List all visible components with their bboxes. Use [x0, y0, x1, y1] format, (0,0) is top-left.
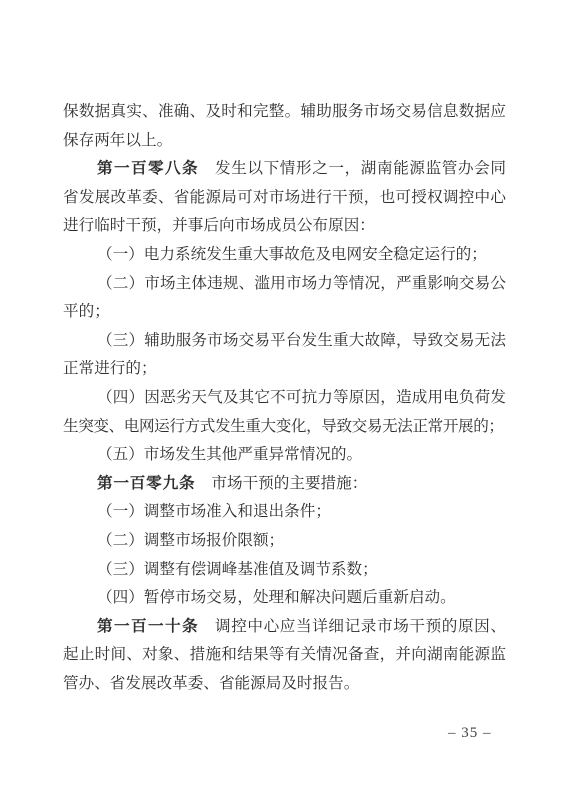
- line-text: （二）市场主体违规、滥用市场力等情况，严重影响交易公: [97, 275, 506, 292]
- text-line-article-109: 第一百零九条市场干预的主要措施：: [63, 470, 506, 499]
- text-line-article-110: 第一百一十条调控中心应当详细记录市场干预的原因、: [63, 613, 506, 642]
- text-line: 进行临时干预，并事后向市场成员公布原因：: [63, 212, 506, 241]
- text-line-measure-1: （一）调整市场准入和退出条件；: [63, 498, 506, 527]
- line-text: 保存两年以上。: [63, 132, 172, 149]
- line-text: 生突变、电网运行方式发生重大变化，导致交易无法正常开展的；: [63, 418, 504, 435]
- text-line-measure-4: （四）暂停市场交易，处理和解决问题后重新启动。: [63, 584, 506, 613]
- article-number: 第一百一十条: [97, 618, 199, 635]
- line-text: 平的；: [63, 303, 110, 320]
- line-text: （五）市场发生其他严重异常情况的。: [97, 446, 362, 463]
- text-line: 正常进行的；: [63, 355, 506, 384]
- text-line-article-108: 第一百零八条发生以下情形之一，湖南能源监管办会同: [63, 155, 506, 184]
- line-text: 市场干预的主要措施：: [211, 475, 367, 492]
- text-line-clause-1: （一）电力系统发生重大事故危及电网安全稳定运行的；: [63, 241, 506, 270]
- text-line-measure-2: （二）调整市场报价限额；: [63, 527, 506, 556]
- document-page: 保数据真实、准确、及时和完整。辅助服务市场交易信息数据应 保存两年以上。 第一百…: [0, 0, 566, 800]
- line-text: 调控中心应当详细记录市场干预的原因、: [215, 618, 506, 635]
- document-body: 保数据真实、准确、及时和完整。辅助服务市场交易信息数据应 保存两年以上。 第一百…: [63, 98, 506, 698]
- line-text: （一）电力系统发生重大事故危及电网安全稳定运行的；: [97, 246, 487, 263]
- text-line: 起止时间、对象、措施和结果等有关情况备查，并向湖南能源监: [63, 641, 506, 670]
- line-text: （三）辅助服务市场交易平台发生重大故障，导致交易无法: [97, 332, 506, 349]
- text-line: 生突变、电网运行方式发生重大变化，导致交易无法正常开展的；: [63, 413, 506, 442]
- line-text: 省发展改革委、省能源局可对市场进行干预，也可授权调控中心: [63, 189, 506, 206]
- line-text: 起止时间、对象、措施和结果等有关情况备查，并向湖南能源监: [63, 646, 506, 663]
- line-text: 发生以下情形之一，湖南能源监管办会同: [215, 160, 506, 177]
- text-line-clause-5: （五）市场发生其他严重异常情况的。: [63, 441, 506, 470]
- line-text: 管办、省发展改革委、省能源局及时报告。: [63, 675, 359, 692]
- text-line: 管办、省发展改革委、省能源局及时报告。: [63, 670, 506, 699]
- text-line-clause-4: （四）因恶劣天气及其它不可抗力等原因，造成用电负荷发: [63, 384, 506, 413]
- line-text: （三）调整有偿调峰基准值及调节系数；: [97, 561, 378, 578]
- line-text: （二）调整市场报价限额；: [97, 532, 284, 549]
- page-number: – 35 –: [448, 723, 518, 743]
- line-text: （四）因恶劣天气及其它不可抗力等原因，造成用电负荷发: [97, 389, 506, 406]
- text-line-clause-3: （三）辅助服务市场交易平台发生重大故障，导致交易无法: [63, 327, 506, 356]
- line-text: 保数据真实、准确、及时和完整。辅助服务市场交易信息数据应: [63, 103, 506, 120]
- text-line: 保存两年以上。: [63, 127, 506, 156]
- line-text: 进行临时干预，并事后向市场成员公布原因：: [63, 217, 375, 234]
- text-line: 平的；: [63, 298, 506, 327]
- article-number: 第一百零八条: [97, 160, 199, 177]
- article-number: 第一百零九条: [97, 475, 195, 492]
- line-text: （四）暂停市场交易，处理和解决问题后重新启动。: [97, 589, 456, 606]
- text-line-clause-2: （二）市场主体违规、滥用市场力等情况，严重影响交易公: [63, 270, 506, 299]
- text-line-measure-3: （三）调整有偿调峰基准值及调节系数；: [63, 556, 506, 585]
- text-line: 保数据真实、准确、及时和完整。辅助服务市场交易信息数据应: [63, 98, 506, 127]
- text-line: 省发展改革委、省能源局可对市场进行干预，也可授权调控中心: [63, 184, 506, 213]
- line-text: 正常进行的；: [63, 360, 157, 377]
- line-text: （一）调整市场准入和退出条件；: [97, 503, 331, 520]
